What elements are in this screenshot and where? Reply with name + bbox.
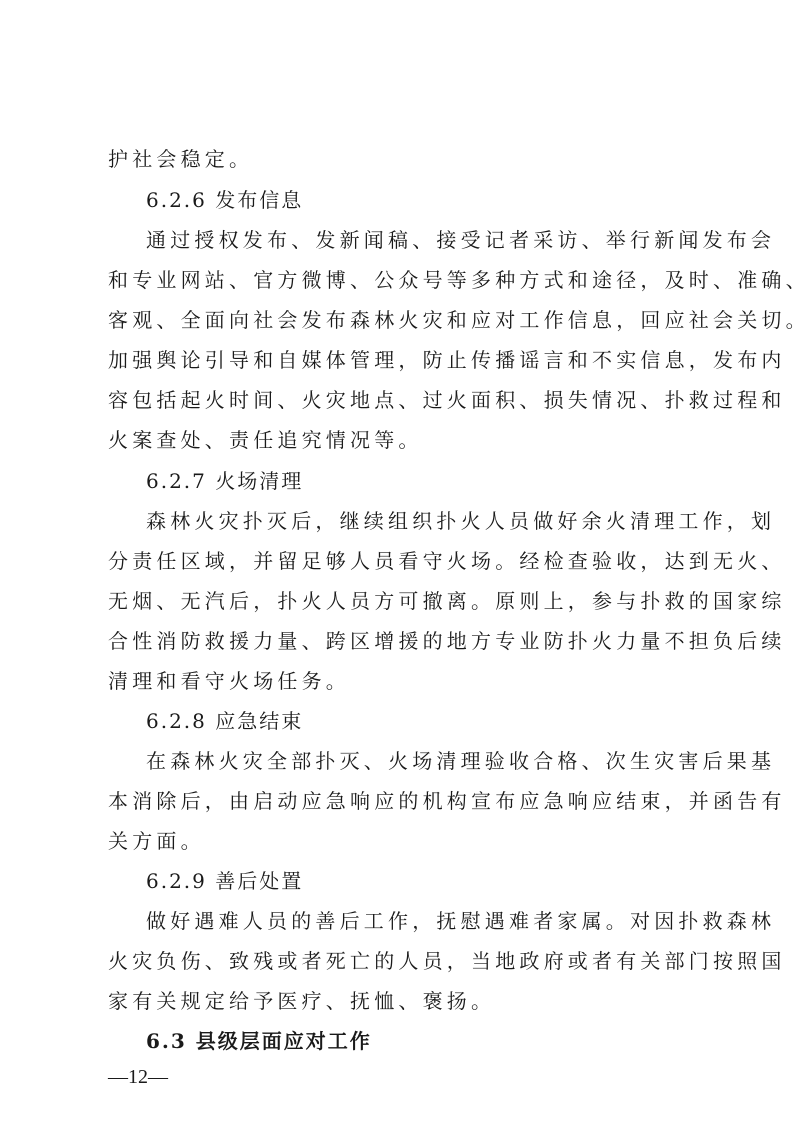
- text-line: 合性消防救援力量、跨区增援的地方专业防扑火力量不担负后续: [108, 628, 696, 654]
- section-heading-6-2-8: 6.2.8 应急结束: [146, 708, 734, 734]
- text-line: 森林火灾扑灭后，继续组织扑火人员做好余火清理工作，划: [146, 508, 734, 534]
- section-heading-6-3: 6.3 县级层面应对工作: [146, 1028, 734, 1054]
- text-line: 家有关规定给予医疗、抚恤、褒扬。: [108, 988, 696, 1014]
- text-line: 火案查处、责任追究情况等。: [108, 427, 696, 453]
- text-line: 客观、全面向社会发布森林火灾和应对工作信息，回应社会关切。: [108, 307, 696, 333]
- text-line: 做好遇难人员的善后工作，抚慰遇难者家属。对因扑救森林: [146, 908, 734, 934]
- text-line: 无烟、无汽后，扑火人员方可撤离。原则上，参与扑救的国家综: [108, 588, 696, 614]
- text-line: 分责任区域，并留足够人员看守火场。经检查验收，达到无火、: [108, 548, 696, 574]
- section-heading-6-2-9: 6.2.9 善后处置: [146, 868, 734, 894]
- text-line: 容包括起火时间、火灾地点、过火面积、损失情况、扑救过程和: [108, 387, 696, 413]
- text-line: 在森林火灾全部扑灭、火场清理验收合格、次生灾害后果基: [146, 748, 734, 774]
- text-line: 通过授权发布、发新闻稿、接受记者采访、举行新闻发布会: [146, 227, 734, 253]
- section-heading-6-2-6: 6.2.6 发布信息: [146, 187, 734, 213]
- text-line: 火灾负伤、致残或者死亡的人员，当地政府或者有关部门按照国: [108, 948, 696, 974]
- text-line: 清理和看守火场任务。: [108, 668, 696, 694]
- text-line: 本消除后，由启动应急响应的机构宣布应急响应结束，并函告有: [108, 788, 696, 814]
- text-line: 护社会稳定。: [108, 146, 696, 172]
- section-heading-6-2-7: 6.2.7 火场清理: [146, 468, 734, 494]
- text-line: 关方面。: [108, 828, 696, 854]
- text-line: 和专业网站、官方微博、公众号等多种方式和途径，及时、准确、: [108, 267, 696, 293]
- text-line: 加强舆论引导和自媒体管理，防止传播谣言和不实信息，发布内: [108, 347, 696, 373]
- page-number: —12—: [108, 1066, 168, 1089]
- document-page: 护社会稳定。 6.2.6 发布信息 通过授权发布、发新闻稿、接受记者采访、举行新…: [0, 0, 793, 1122]
